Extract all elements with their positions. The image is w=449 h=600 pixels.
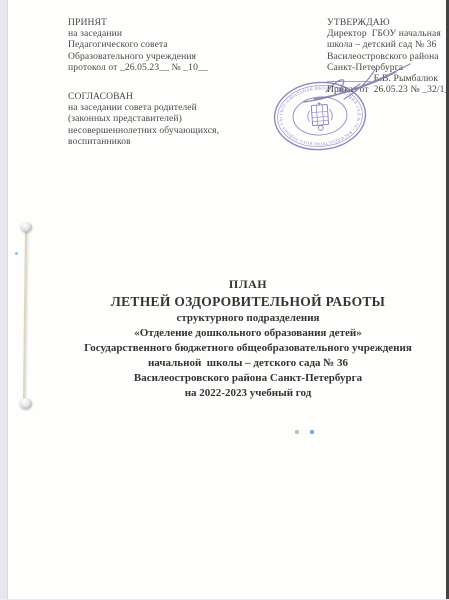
scanned-document-page: ПРИНЯТ на заседании Педагогического сове…: [0, 0, 449, 600]
agreed-line: воспитанников: [68, 136, 219, 147]
title-main-line: ЛЕТНЕЙ ОЗДОРОВИТЕЛЬНОЙ РАБОТЫ: [48, 293, 448, 311]
title-academic-year: на 2022-2023 учебный год: [48, 386, 448, 401]
binder-pin-stem: [23, 231, 27, 401]
approved-line: Директор ГБОУ начальная: [327, 28, 449, 39]
scan-speck-blue-small: [15, 252, 18, 255]
accepted-line: на заседании: [68, 28, 208, 39]
accepted-line: Образовательного учреждения: [68, 51, 208, 62]
title-institution: Государственного бюджетного общеобразова…: [48, 341, 448, 356]
title-word-plan: ПЛАН: [48, 276, 448, 293]
approved-line: школа – детский сад № 36: [327, 39, 449, 50]
binder-pin-knob-top: [21, 222, 32, 232]
director-handwritten-signature: [296, 58, 446, 108]
agreed-block: СОГЛАСОВАН на заседании совета родителей…: [68, 91, 219, 147]
title-department: «Отделение дошкольного образования детей…: [48, 326, 448, 341]
approved-heading: УТВЕРЖДАЮ: [327, 17, 449, 28]
paper-edge-line: [7, 0, 8, 600]
document-title-block: ПЛАН ЛЕТНЕЙ ОЗДОРОВИТЕЛЬНОЙ РАБОТЫ струк…: [48, 276, 448, 401]
agreed-line: несовершеннолетних обучающихся,: [68, 125, 219, 136]
scan-speck-blue: [310, 430, 314, 434]
scan-edge-left: [0, 0, 7, 600]
agreed-line: на заседании совета родителей: [68, 102, 219, 113]
accepted-protocol-line: протокол от _26.05.23__ № _10__: [68, 62, 208, 73]
title-school-number: начальной школы – детского сада № 36: [48, 356, 448, 371]
binder-pin-knob-bottom: [20, 398, 32, 409]
title-district: Василеостровского района Санкт-Петербург…: [48, 371, 448, 386]
scan-speck-gray: [295, 430, 299, 434]
signature-strokes: [296, 58, 446, 108]
accepted-heading: ПРИНЯТ: [68, 17, 208, 28]
agreed-line: (законных представителей): [68, 113, 219, 124]
title-subdivision: структурного подразделения: [48, 311, 448, 326]
agreed-heading: СОГЛАСОВАН: [68, 91, 219, 102]
accepted-block: ПРИНЯТ на заседании Педагогического сове…: [68, 17, 208, 73]
accepted-line: Педагогического совета: [68, 39, 208, 50]
